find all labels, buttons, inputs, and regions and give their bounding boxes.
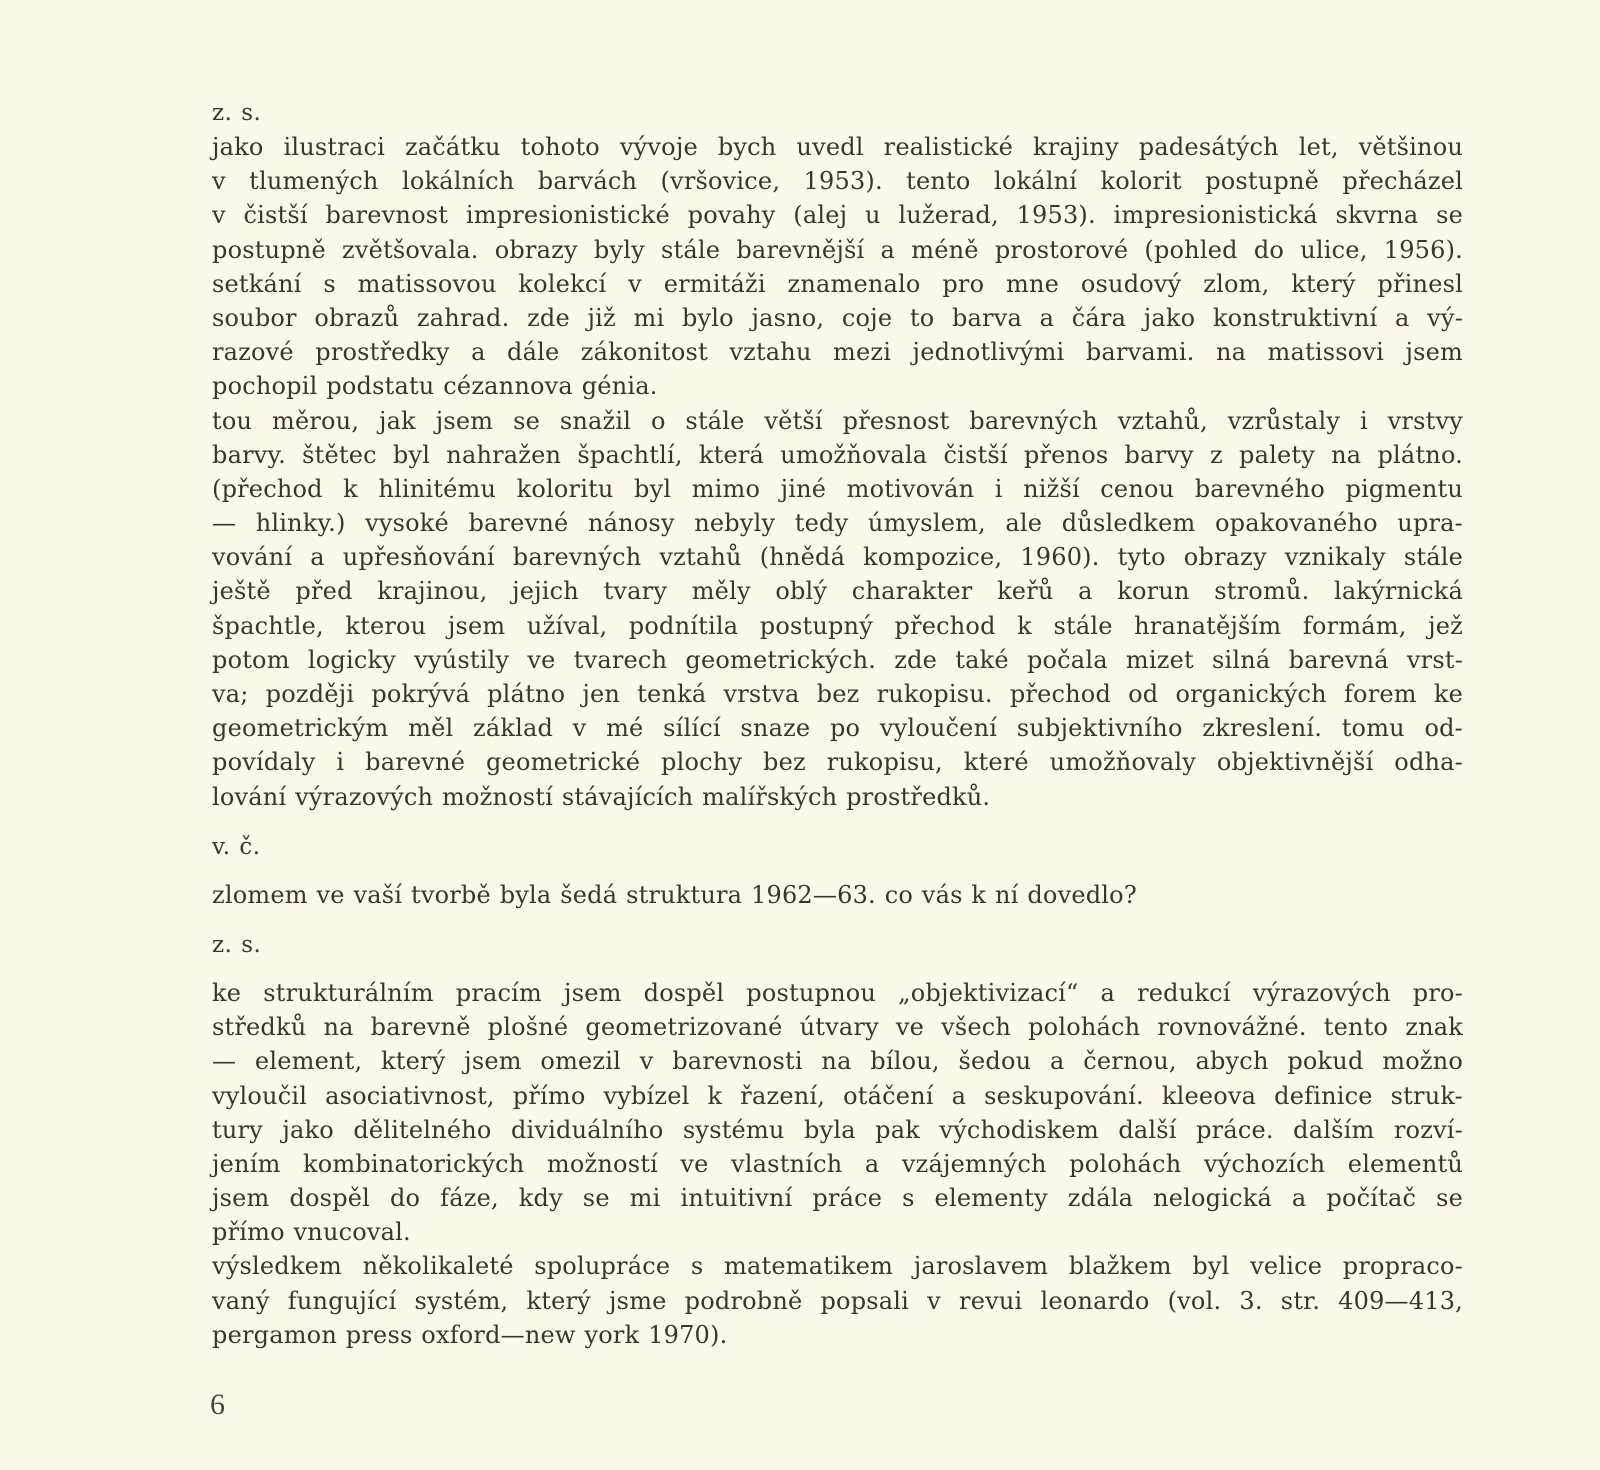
spacer xyxy=(212,864,1463,878)
text-line: lování výrazových možností stávajících m… xyxy=(212,780,1463,814)
text-line: razové prostředky a dále zákonitost vzta… xyxy=(212,335,1463,369)
page-body: z. s. jako ilustraci začátku tohoto vývo… xyxy=(212,96,1463,1352)
spacer xyxy=(212,962,1463,976)
text-line: pergamon press oxford—new york 1970). xyxy=(212,1318,1463,1352)
text-line: va; později pokrývá plátno jen tenká vrs… xyxy=(212,677,1463,711)
speaker-label: z. s. xyxy=(212,928,1463,962)
text-line: v tlumených lokálních barvách (vršovice,… xyxy=(212,164,1463,198)
text-line: — element, který jsem omezil v barevnost… xyxy=(212,1044,1463,1078)
text-line: vyloučil asociativnost, přímo vybízel k … xyxy=(212,1079,1463,1113)
text-line: — hlinky.) vysoké barevné nánosy nebyly … xyxy=(212,506,1463,540)
text-line: (přechod k hlinitému koloritu byl mimo j… xyxy=(212,472,1463,506)
paragraph: ke strukturálním pracím jsem dospěl post… xyxy=(212,976,1463,1250)
text-line: postupně zvětšovala. obrazy byly stále b… xyxy=(212,233,1463,267)
speaker-label: z. s. xyxy=(212,96,1463,130)
text-line: jako ilustraci začátku tohoto vývoje byc… xyxy=(212,130,1463,164)
text-line: soubor obrazů zahrad. zde již mi bylo ja… xyxy=(212,301,1463,335)
text-line: přímo vnucoval. xyxy=(212,1215,1463,1249)
text-line: jsem dospěl do fáze, kdy se mi intuitivn… xyxy=(212,1181,1463,1215)
question-paragraph: zlomem ve vaší tvorbě byla šedá struktur… xyxy=(212,878,1463,912)
text-line: ještě před krajinou, jejich tvary měly o… xyxy=(212,574,1463,608)
page-number: 6 xyxy=(210,1388,225,1422)
paragraph: tou měrou, jak jsem se snažil o stále vě… xyxy=(212,404,1463,814)
text-line: jením kombinatorických možností ve vlast… xyxy=(212,1147,1463,1181)
paragraph: jako ilustraci začátku tohoto vývoje byc… xyxy=(212,130,1463,404)
text-line: zlomem ve vaší tvorbě byla šedá struktur… xyxy=(212,878,1463,912)
text-line: vování a upřesňování barevných vztahů (h… xyxy=(212,540,1463,574)
text-line: v čistší barevnost impresionistické pova… xyxy=(212,198,1463,232)
text-line: pochopil podstatu cézannova génia. xyxy=(212,369,1463,403)
text-line: špachtle, kterou jsem užíval, podnítila … xyxy=(212,609,1463,643)
text-line: tou měrou, jak jsem se snažil o stále vě… xyxy=(212,404,1463,438)
text-line: geometrickým měl základ v mé sílící snaz… xyxy=(212,711,1463,745)
spacer xyxy=(212,912,1463,928)
text-line: vaný fungující systém, který jsme podrob… xyxy=(212,1284,1463,1318)
text-line: potom logicky vyústily ve tvarech geomet… xyxy=(212,643,1463,677)
text-line: barvy. štětec byl nahražen špachtlí, kte… xyxy=(212,438,1463,472)
spacer xyxy=(212,814,1463,830)
paragraph: výsledkem několikaleté spolupráce s mate… xyxy=(212,1249,1463,1352)
text-line: výsledkem několikaleté spolupráce s mate… xyxy=(212,1249,1463,1283)
text-line: ke strukturálním pracím jsem dospěl post… xyxy=(212,976,1463,1010)
speaker-label: v. č. xyxy=(212,830,1463,864)
text-line: středků na barevně plošné geometrizované… xyxy=(212,1010,1463,1044)
text-line: tury jako dělitelného dividuálního systé… xyxy=(212,1113,1463,1147)
text-line: setkání s matissovou kolekcí v ermitáži … xyxy=(212,267,1463,301)
text-line: povídaly i barevné geometrické plochy be… xyxy=(212,745,1463,779)
